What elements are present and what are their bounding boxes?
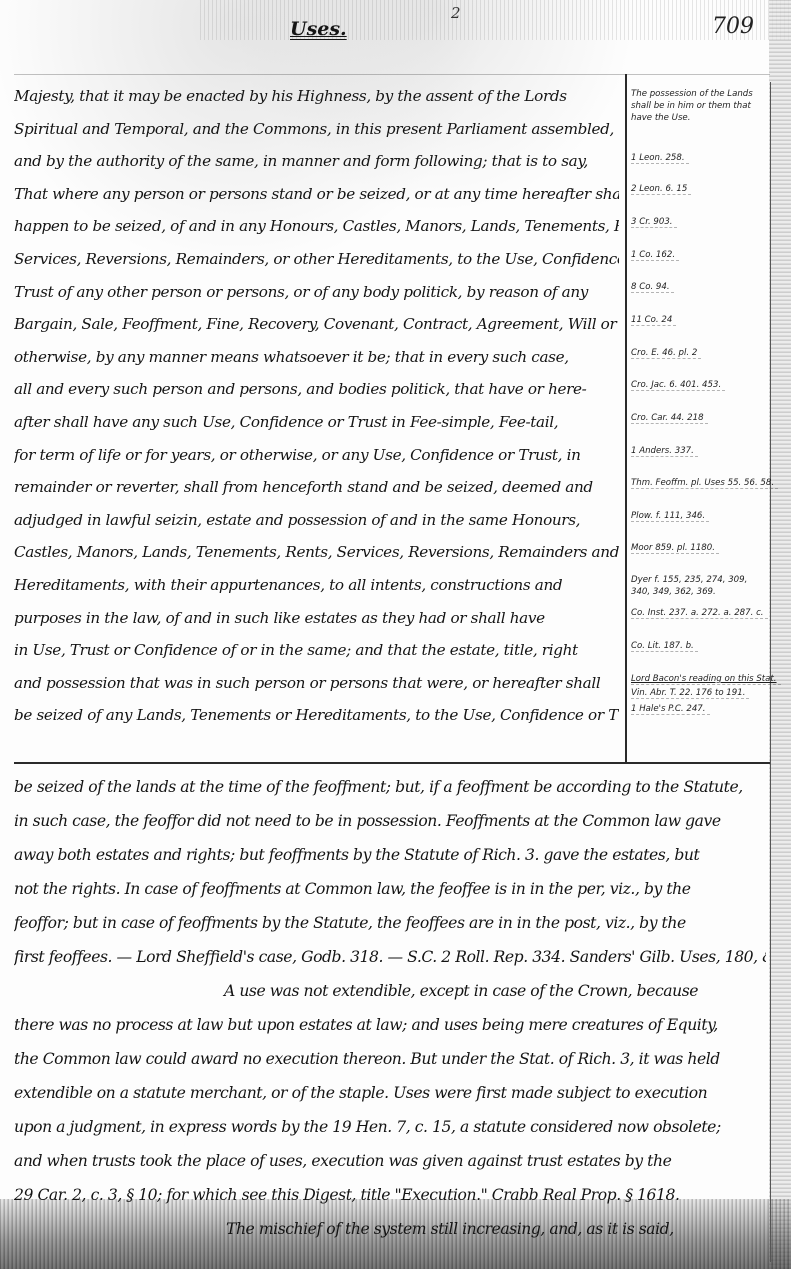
margin-note-text: Vin. Abr. T. 22. 176 to 191. <box>631 688 745 698</box>
margin-note-text: Plow. f. 111, 346. <box>631 511 705 521</box>
statute-line: remainder or reverter, shall from hencef… <box>14 471 619 504</box>
commentary-line: first feoffees. — Lord Sheffield's case,… <box>14 940 766 974</box>
margin-note-text: Co. Lit. 187. b. <box>631 641 694 651</box>
document-page: 2 Uses. 709 Majesty, that it may be enac… <box>0 0 791 1269</box>
statute-line: for term of life or for years, or otherw… <box>14 439 619 472</box>
margin-note: Dyer f. 155, 235, 274, 309, 340, 349, 36… <box>631 574 767 598</box>
margin-note-text: Lord Bacon's reading on this Stat. <box>631 674 777 684</box>
margin-note: 8 Co. 94. <box>631 282 674 293</box>
margin-note-text: 1 Leon. 258. <box>631 153 685 163</box>
statute-line: Bargain, Sale, Feoffment, Fine, Recovery… <box>14 308 619 341</box>
commentary-line: there was no process at law but upon est… <box>14 1008 766 1042</box>
commentary-line: in such case, the feoffor did not need t… <box>14 804 766 838</box>
margin-note: Moor 859. pl. 1180. <box>631 543 719 554</box>
statute-line: in Use, Trust or Confidence of or in the… <box>14 634 619 667</box>
commentary-line: the Common law could award no execution … <box>14 1042 766 1076</box>
top-rule <box>14 74 770 75</box>
margin-note-text: The possession of the Lands shall be in … <box>631 89 753 123</box>
commentary-line: 29 Car. 2, c. 3, § 10; for which see thi… <box>14 1178 766 1212</box>
statute-line: Services, Reversions, Remainders, or oth… <box>14 243 619 276</box>
commentary-paragraph-start: A use was not extendible, except in case… <box>14 974 766 1008</box>
statute-line: Trust of any other person or persons, or… <box>14 276 619 309</box>
margin-column-rule <box>625 74 627 762</box>
scan-edge-right <box>769 0 791 1269</box>
page-title: Uses. <box>290 18 347 40</box>
statute-line: otherwise, by any manner means whatsoeve… <box>14 341 619 374</box>
statute-line: purposes in the law, of and in such like… <box>14 602 619 635</box>
margin-note-text: 11 Co. 24 <box>631 315 672 325</box>
commentary-line: be seized of the lands at the time of th… <box>14 770 766 804</box>
margin-note-text: 1 Co. 162. <box>631 250 675 260</box>
statute-line: Majesty, that it may be enacted by his H… <box>14 80 619 113</box>
margin-note: Co. Lit. 187. b. <box>631 641 698 652</box>
statute-line: Hereditaments, with their appurtenances,… <box>14 569 619 602</box>
statute-line: That where any person or persons stand o… <box>14 178 619 211</box>
margin-note: 2 Leon. 6. 15 <box>631 184 691 195</box>
statute-line: happen to be seized, of and in any Honou… <box>14 210 619 243</box>
margin-note-text: Cro. Jac. 6. 401. 453. <box>631 380 721 390</box>
margin-note: Cro. Car. 44. 218 <box>631 413 708 424</box>
commentary-text-block: be seized of the lands at the time of th… <box>14 770 766 1246</box>
statute-line: Castles, Manors, Lands, Tenements, Rents… <box>14 536 619 569</box>
right-border-rule <box>770 82 771 1262</box>
statute-line: all and every such person and persons, a… <box>14 373 619 406</box>
page-number: 709 <box>712 14 754 39</box>
statute-line: after shall have any such Use, Confidenc… <box>14 406 619 439</box>
margin-note-text: Co. Inst. 237. a. 272. a. 287. c. <box>631 608 764 618</box>
statute-text-block: Majesty, that it may be enacted by his H… <box>14 80 619 732</box>
commentary-line: upon a judgment, in express words by the… <box>14 1110 766 1144</box>
statute-line: be seized of any Lands, Tenements or Her… <box>14 699 619 732</box>
margin-note: 1 Hale's P.C. 247. <box>631 704 710 715</box>
margin-note-text: Thm. Feoffm. pl. Uses 55. 56. 58. <box>631 478 774 488</box>
margin-note: The possession of the Lands shall be in … <box>631 88 767 124</box>
commentary-line: away both estates and rights; but feoffm… <box>14 838 766 872</box>
statute-line: and possession that was in such person o… <box>14 667 619 700</box>
margin-note: Vin. Abr. T. 22. 176 to 191. <box>631 688 749 699</box>
margin-note-text: 1 Anders. 337. <box>631 446 694 456</box>
margin-note-text: Dyer f. 155, 235, 274, 309, 340, 349, 36… <box>631 575 747 597</box>
commentary-line: not the rights. In case of feoffments at… <box>14 872 766 906</box>
statute-line: adjudged in lawful seizin, estate and po… <box>14 504 619 537</box>
section-divider <box>14 762 770 764</box>
margin-note: Lord Bacon's reading on this Stat. <box>631 674 781 685</box>
commentary-line: feoffor; but in case of feoffments by th… <box>14 906 766 940</box>
margin-note-text: 8 Co. 94. <box>631 282 670 292</box>
margin-note-text: Cro. Car. 44. 218 <box>631 413 704 423</box>
margin-note-text: Cro. E. 46. pl. 2 <box>631 348 697 358</box>
scan-noise-top <box>200 0 791 40</box>
margin-note-text: 2 Leon. 6. 15 <box>631 184 687 194</box>
margin-note-text: Moor 859. pl. 1180. <box>631 543 715 553</box>
commentary-line: extendible on a statute merchant, or of … <box>14 1076 766 1110</box>
header-mark: 2 <box>451 4 461 22</box>
margin-note: 1 Anders. 337. <box>631 446 698 457</box>
margin-note: Cro. E. 46. pl. 2 <box>631 348 701 359</box>
margin-note: 11 Co. 24 <box>631 315 676 326</box>
statute-line: Spiritual and Temporal, and the Commons,… <box>14 113 619 146</box>
margin-note: Thm. Feoffm. pl. Uses 55. 56. 58. <box>631 478 778 489</box>
margin-note-text: 1 Hale's P.C. 247. <box>631 704 706 714</box>
statute-line: and by the authority of the same, in man… <box>14 145 619 178</box>
margin-note: Co. Inst. 237. a. 272. a. 287. c. <box>631 608 768 619</box>
margin-note: 1 Co. 162. <box>631 250 679 261</box>
margin-note-text: 3 Cr. 903. <box>631 217 673 227</box>
margin-note: 1 Leon. 258. <box>631 153 689 164</box>
margin-note: 3 Cr. 903. <box>631 217 677 228</box>
margin-note: Plow. f. 111, 346. <box>631 511 709 522</box>
margin-note: Cro. Jac. 6. 401. 453. <box>631 380 725 391</box>
commentary-paragraph-start: The mischief of the system still increas… <box>14 1212 766 1246</box>
commentary-line: and when trusts took the place of uses, … <box>14 1144 766 1178</box>
